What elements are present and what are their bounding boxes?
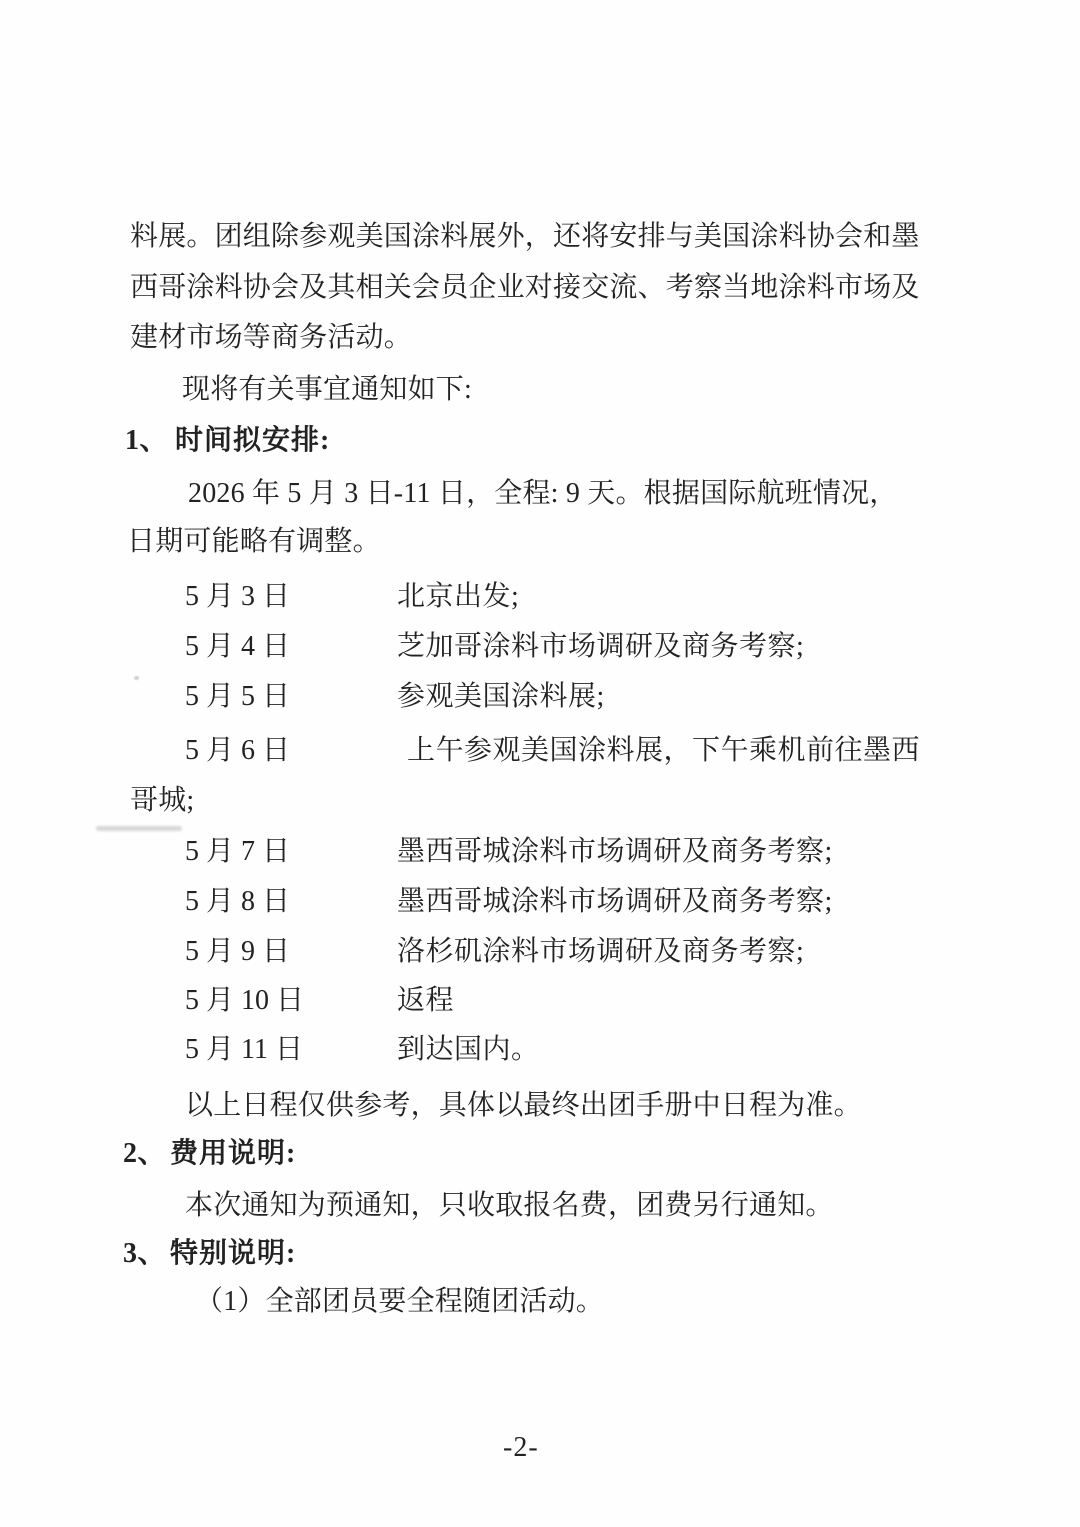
schedule-activity: 上午参观美国涂料展，下午乘机前往墨西 bbox=[407, 737, 920, 765]
schedule-activity: 墨西哥城涂料市场调研及商务考察; bbox=[397, 888, 833, 916]
intro-line-1: 料展。团组除参观美国涂料展外，还将安排与美国涂料协会和墨 bbox=[130, 223, 920, 251]
schedule-activity: 洛杉矶涂料市场调研及商务考察; bbox=[397, 938, 804, 966]
schedule-intro-line-1: 2026 年 5 月 3 日-11 日，全程: 9 天。根据国际航班情况， bbox=[188, 480, 897, 508]
schedule-date: 5 月 11 日 bbox=[185, 1036, 303, 1064]
schedule-intro-line-2: 日期可能略有调整。 bbox=[127, 528, 381, 556]
schedule-activity: 墨西哥城涂料市场调研及商务考察; bbox=[397, 838, 833, 866]
schedule-note: 以上日程仅供参考，具体以最终出团手册中日程为准。 bbox=[185, 1092, 862, 1120]
schedule-row: 5 月 8 日 墨西哥城涂料市场调研及商务考察; bbox=[0, 888, 1080, 928]
section-1-number: 1、 bbox=[125, 427, 168, 455]
fees-text: 本次通知为预通知，只收取报名费，团费另行通知。 bbox=[185, 1192, 834, 1220]
schedule-date: 5 月 5 日 bbox=[185, 683, 290, 711]
document-page: 料展。团组除参观美国涂料展外，还将安排与美国涂料协会和墨 西哥涂料协会及其相关会… bbox=[0, 0, 1080, 1527]
intro-line-3: 建材市场等商务活动。 bbox=[130, 324, 412, 352]
schedule-activity: 返程 bbox=[397, 987, 454, 1015]
section-3-number: 3、 bbox=[123, 1240, 166, 1268]
section-2-number: 2、 bbox=[123, 1140, 166, 1168]
schedule-row: 5 月 6 日 上午参观美国涂料展，下午乘机前往墨西 bbox=[0, 737, 1080, 777]
scan-artifact-streak bbox=[96, 826, 182, 831]
schedule-row-wrap-line: 哥城; bbox=[130, 787, 194, 815]
scan-artifact-dot bbox=[134, 676, 139, 680]
special-item-1: （1）全部团员要全程随团活动。 bbox=[195, 1288, 604, 1316]
schedule-activity: 参观美国涂料展; bbox=[397, 683, 605, 711]
schedule-row: 5 月 11 日 到达国内。 bbox=[0, 1036, 1080, 1076]
schedule-date: 5 月 9 日 bbox=[185, 938, 290, 966]
schedule-activity: 芝加哥涂料市场调研及商务考察; bbox=[397, 633, 804, 661]
schedule-row: 5 月 3 日 北京出发; bbox=[0, 583, 1080, 623]
section-2-title: 费用说明: bbox=[170, 1140, 296, 1168]
schedule-date: 5 月 3 日 bbox=[185, 583, 290, 611]
schedule-activity: 北京出发; bbox=[397, 583, 519, 611]
section-2-heading: 2、 费用说明: bbox=[0, 1140, 1080, 1182]
schedule-date: 5 月 4 日 bbox=[185, 633, 290, 661]
page-number: -2- bbox=[503, 1434, 539, 1462]
section-3-heading: 3、 特别说明: bbox=[0, 1240, 1080, 1282]
intro-line-2: 西哥涂料协会及其相关会员企业对接交流、考察当地涂料市场及 bbox=[130, 274, 920, 302]
schedule-row: 5 月 7 日 墨西哥城涂料市场调研及商务考察; bbox=[0, 838, 1080, 878]
schedule-date: 5 月 7 日 bbox=[185, 838, 290, 866]
schedule-row: 5 月 9 日 洛杉矶涂料市场调研及商务考察; bbox=[0, 938, 1080, 978]
section-1-heading: 1、 时间拟安排: bbox=[0, 427, 1080, 469]
schedule-date: 5 月 6 日 bbox=[185, 737, 290, 765]
schedule-row: 5 月 10 日 返程 bbox=[0, 987, 1080, 1027]
schedule-date: 5 月 10 日 bbox=[185, 987, 304, 1015]
schedule-date: 5 月 8 日 bbox=[185, 888, 290, 916]
schedule-activity: 到达国内。 bbox=[397, 1036, 540, 1064]
lead-in-line: 现将有关事宜通知如下: bbox=[182, 376, 472, 404]
schedule-row: 5 月 4 日 芝加哥涂料市场调研及商务考察; bbox=[0, 633, 1080, 673]
section-1-title: 时间拟安排: bbox=[175, 427, 330, 455]
schedule-row: 5 月 5 日 参观美国涂料展; bbox=[0, 683, 1080, 723]
section-3-title: 特别说明: bbox=[170, 1240, 296, 1268]
